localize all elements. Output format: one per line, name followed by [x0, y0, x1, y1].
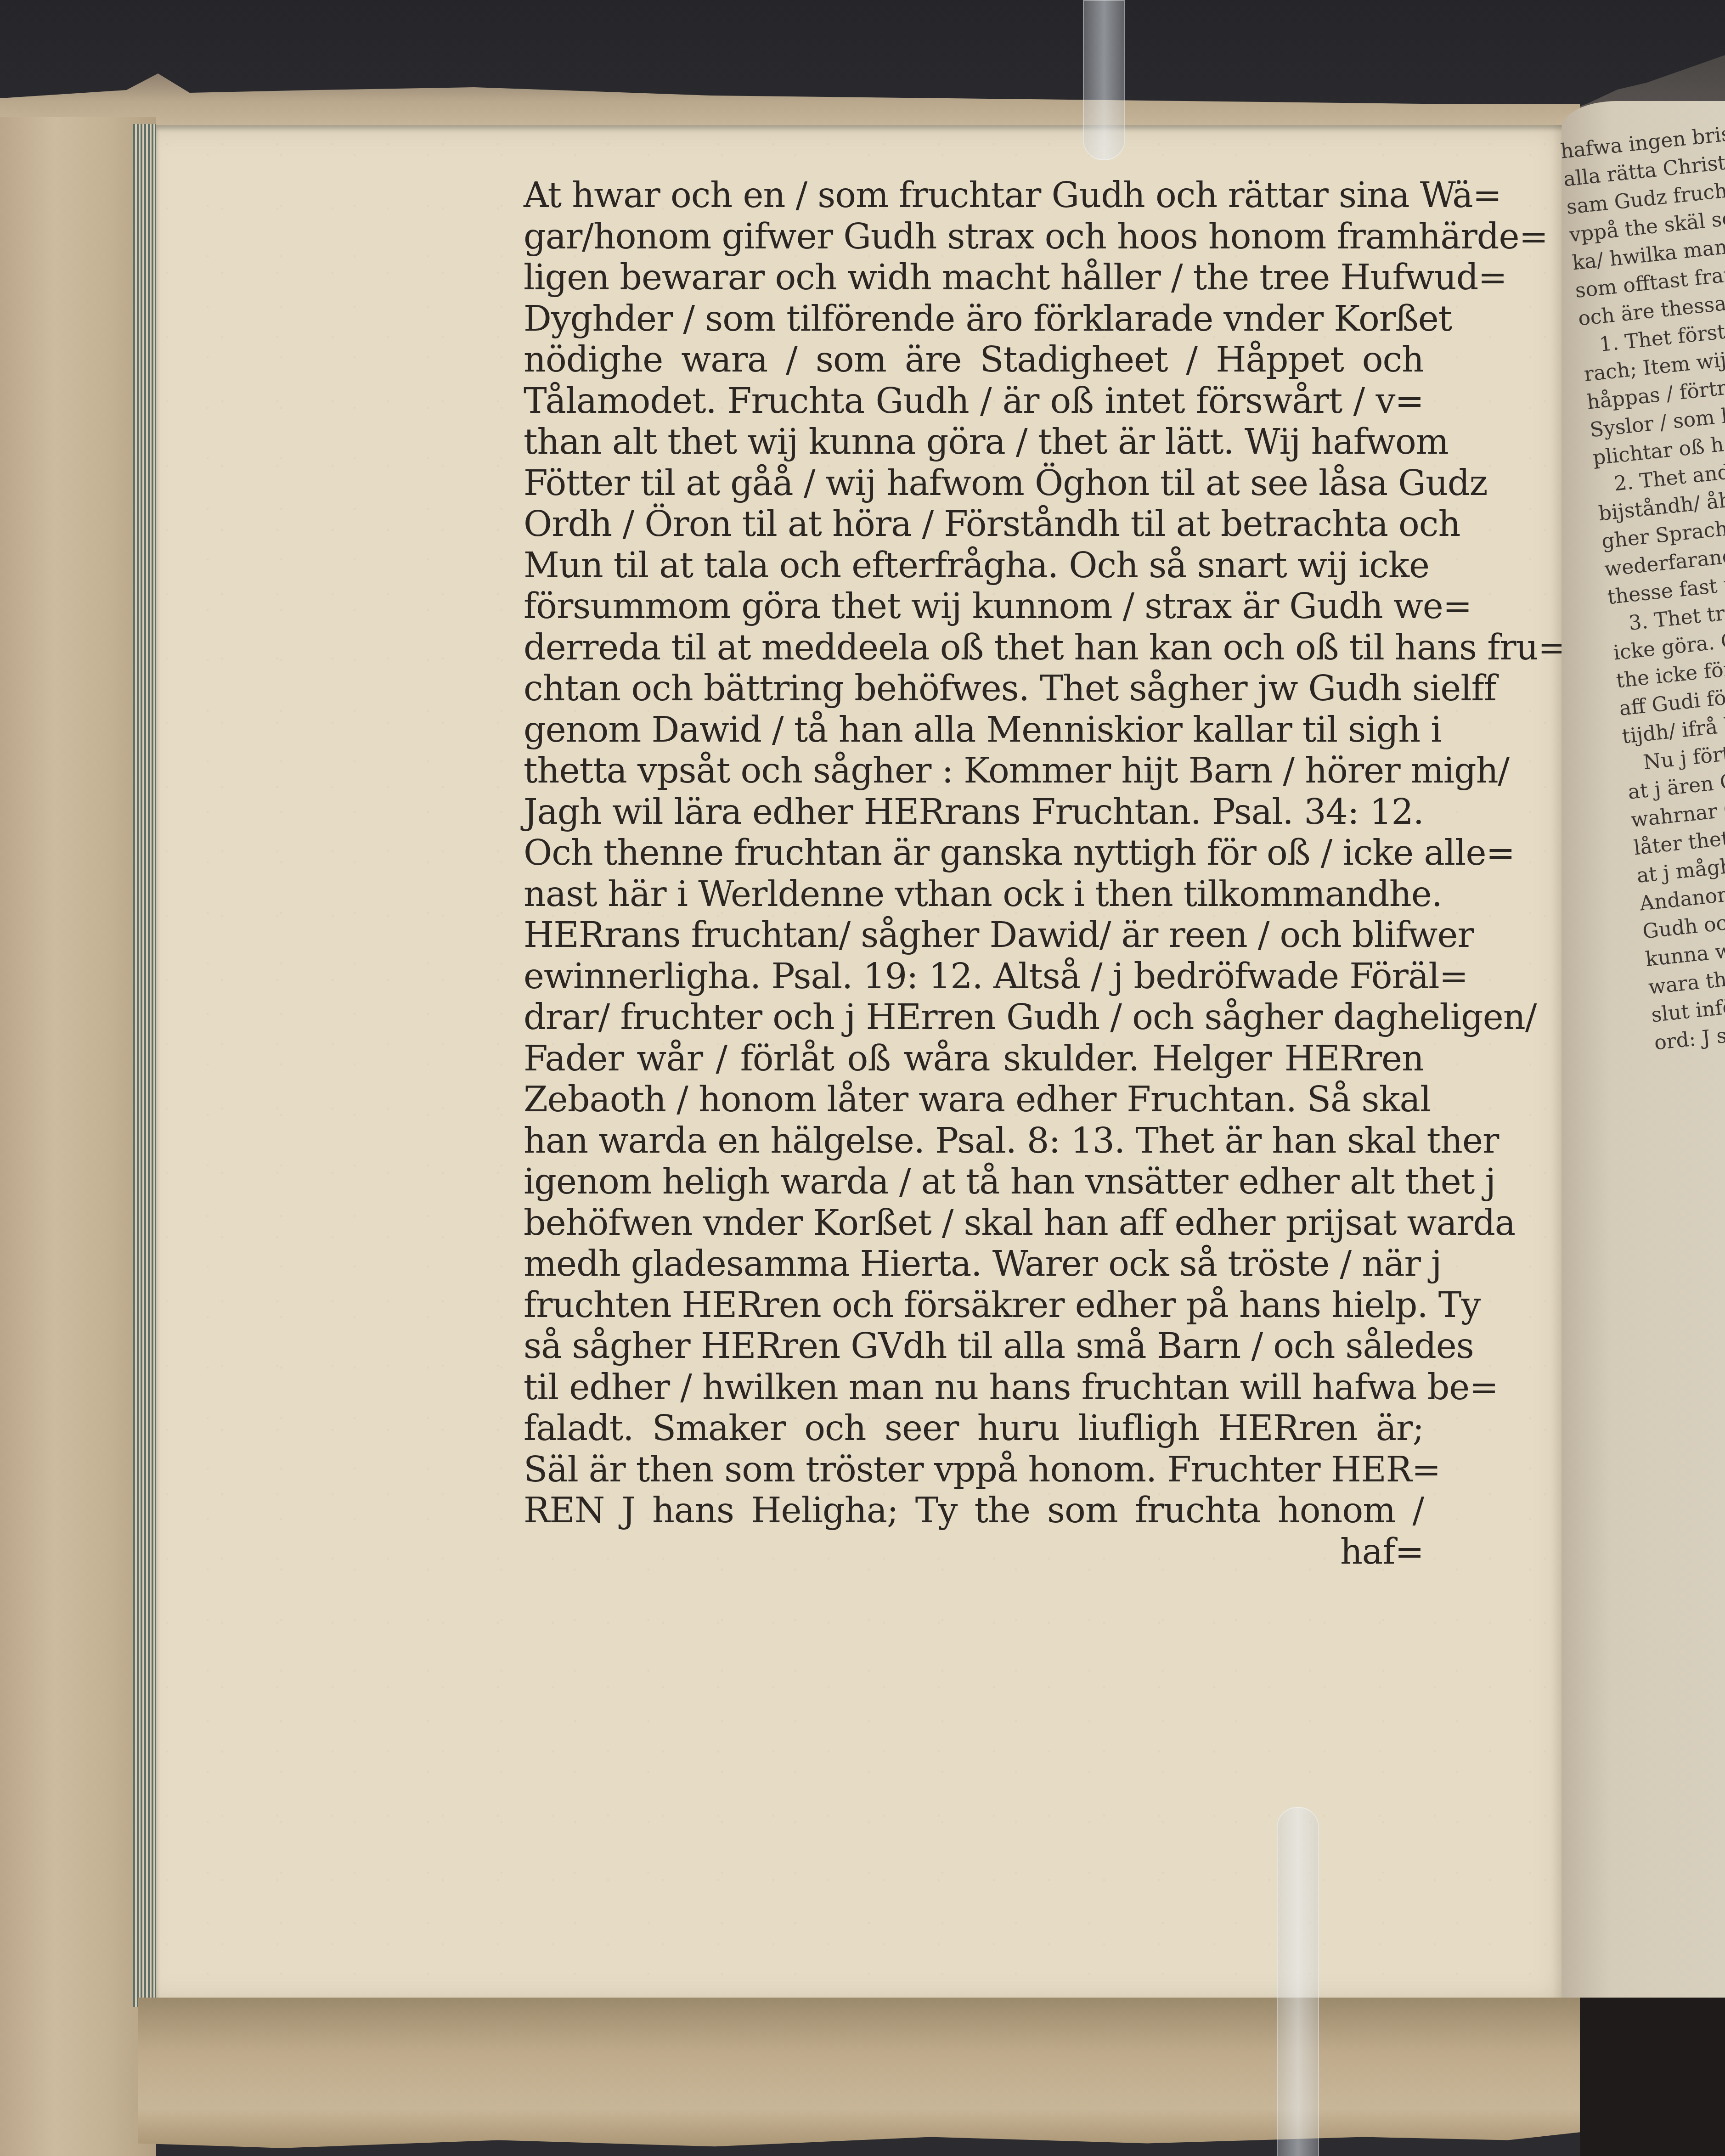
text-line: Fader wår / förlåt oß wåra skulder. Helg… — [524, 1038, 1424, 1079]
text-line: than alt thet wij kunna göra / thet är l… — [524, 421, 1424, 462]
catchword: haf= — [524, 1531, 1424, 1572]
text-line: Jagh wil lära edher HERrans Fruchtan. Ps… — [524, 791, 1424, 833]
text-line: han warda en hälgelse. Psal. 8: 13. Thet… — [524, 1120, 1424, 1161]
page-clip-top — [1083, 0, 1125, 160]
text-line: HERrans fruchtan/ sågher Dawid/ är reen … — [524, 914, 1424, 956]
text-line: Dyghder / som tilförende äro förklarade … — [524, 298, 1424, 339]
text-line: Zebaoth / honom låter wara edher Fruchta… — [524, 1079, 1424, 1120]
text-line: Och thenne fruchtan är ganska nyttigh fö… — [524, 832, 1424, 873]
text-line: igenom heligh warda / at tå han vnsätter… — [524, 1161, 1424, 1202]
page-clip-bottom — [1277, 1807, 1319, 2156]
text-line: försummom göra thet wij kunnom / strax ä… — [524, 585, 1424, 627]
text-line: medh gladesamma Hierta. Warer ock så trö… — [524, 1243, 1424, 1284]
text-line: REN J hans Heligha; Ty the som fruchta h… — [524, 1490, 1424, 1531]
text-line: ligen bewarar och widh macht håller / th… — [524, 257, 1424, 298]
text-line: Fötter til at gåå / wij hafwom Öghon til… — [524, 462, 1424, 504]
text-line: thetta vpsåt och sågher : Kommer hijt Ba… — [524, 750, 1424, 791]
text-line: Tålamodet. Fruchta Gudh / är oß intet fö… — [524, 380, 1424, 422]
text-line: gar/honom gifwer Gudh strax och hoos hon… — [524, 216, 1424, 257]
tissue-wrap-bottom — [138, 1998, 1580, 2156]
text-line: Ordh / Öron til at höra / Förståndh til … — [524, 503, 1424, 545]
left-page-text: At hwar och en / som fruchtar Gudh och r… — [524, 175, 1424, 1572]
text-line: Mun til at tala och efterfrågha. Och så … — [524, 545, 1424, 586]
text-line: Säl är then som tröster vppå honom. Fruc… — [524, 1449, 1424, 1490]
binding-cover-bottom — [1580, 1998, 1725, 2156]
text-line: drar/ fruchter och j HErren Gudh / och s… — [524, 996, 1424, 1038]
text-line: At hwar och en / som fruchtar Gudh och r… — [524, 175, 1424, 216]
tissue-wrap-left — [0, 117, 156, 2156]
text-line: nödighe wara / som äre Stadigheet / Håpp… — [524, 339, 1424, 380]
text-line: så sågher HERren GVdh til alla små Barn … — [524, 1325, 1424, 1367]
text-line: faladt. Smaker och seer huru liufligh HE… — [524, 1407, 1424, 1449]
text-line: nast här i Werldenne vthan ock i then ti… — [524, 873, 1424, 915]
text-line: behöfwen vnder Korßet / skal han aff edh… — [524, 1202, 1424, 1244]
text-line: derreda til at meddeela oß thet han kan … — [524, 627, 1424, 668]
text-line: ewinnerligha. Psal. 19: 12. Altså / j be… — [524, 956, 1424, 997]
text-line: fruchten HERren och försäkrer edher på h… — [524, 1284, 1424, 1326]
text-line: til edher / hwilken man nu hans fruchtan… — [524, 1367, 1424, 1408]
text-line: genom Dawid / tå han alla Menniskior kal… — [524, 709, 1424, 750]
text-line: chtan och bättring behöfwes. Thet sågher… — [524, 668, 1424, 709]
page-edges — [133, 124, 156, 2007]
